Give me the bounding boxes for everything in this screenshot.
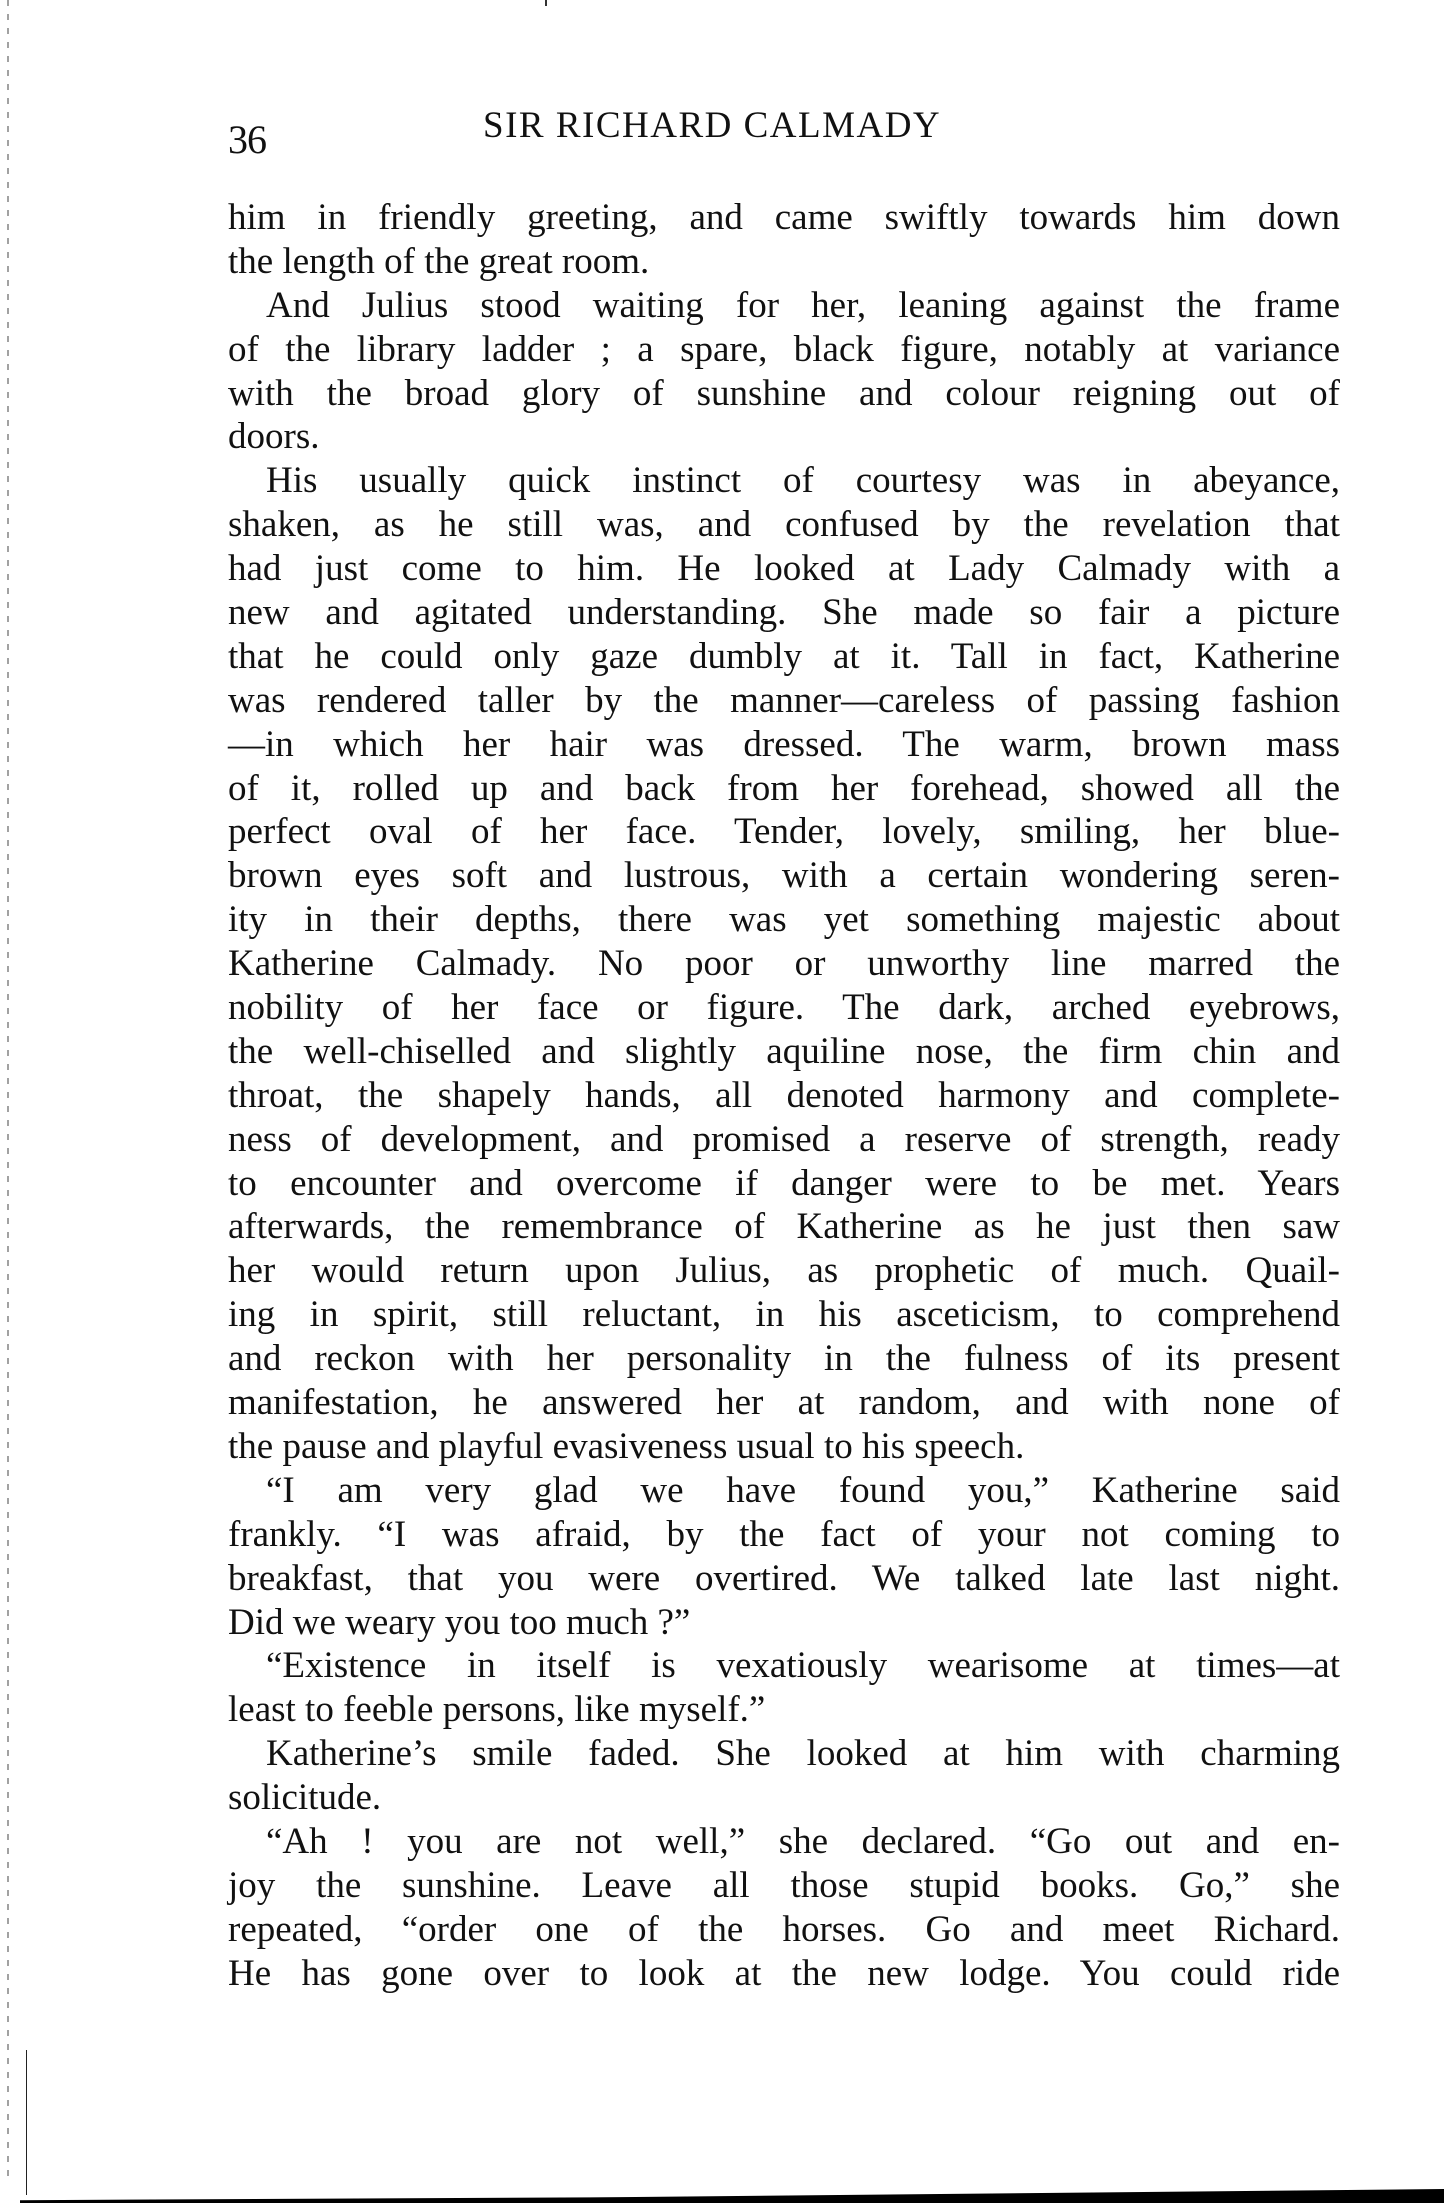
text-line: to encounter and overcome if danger were… [228,1162,1340,1206]
scan-bottom-edge [20,2189,1444,2203]
text-line: “Existence in itself is vexatiously wear… [228,1644,1340,1688]
text-line: ing in spirit, still reluctant, in his a… [228,1293,1340,1337]
running-title: SIR RICHARD CALMADY [483,104,941,147]
text-line: manifestation, he answered her at random… [228,1381,1340,1425]
body-text: him in friendly greeting, and came swift… [228,196,1340,1996]
text-line: least to feeble persons, like myself.” [228,1688,1340,1732]
text-line: her would return upon Julius, as prophet… [228,1249,1340,1293]
text-line: shaken, as he still was, and confused by… [228,503,1340,547]
text-line: breakfast, that you were overtired. We t… [228,1557,1340,1601]
text-line: And Julius stood waiting for her, leanin… [228,284,1340,328]
text-line: frankly. “I was afraid, by the fact of y… [228,1513,1340,1557]
text-line: ness of development, and promised a rese… [228,1118,1340,1162]
scan-margin-line [26,2050,27,2195]
text-line: nobility of her face or figure. The dark… [228,986,1340,1030]
text-line: “Ah ! you are not well,” she declared. “… [228,1820,1340,1864]
text-line: him in friendly greeting, and came swift… [228,196,1340,240]
text-line: with the broad glory of sunshine and col… [228,372,1340,416]
text-line: Katherine’s smile faded. She looked at h… [228,1732,1340,1776]
text-line: the length of the great room. [228,240,1340,284]
text-line: the well-chiselled and slightly aquiline… [228,1030,1340,1074]
text-line: —in which her hair was dressed. The warm… [228,723,1340,767]
text-line: ity in their depths, there was yet somet… [228,898,1340,942]
running-head: 36 SIR RICHARD CALMADY [228,104,1340,164]
text-line: joy the sunshine. Leave all those stupid… [228,1864,1340,1908]
text-line: of the library ladder ; a spare, black f… [228,328,1340,372]
text-line: doors. [228,415,1340,459]
text-line: and reckon with her personality in the f… [228,1337,1340,1381]
text-line: afterwards, the remembrance of Katherine… [228,1205,1340,1249]
text-line: perfect oval of her face. Tender, lovely… [228,810,1340,854]
text-line: Did we weary you too much ?” [228,1601,1340,1645]
text-line: solicitude. [228,1776,1340,1820]
text-line: His usually quick instinct of courtesy w… [228,459,1340,503]
text-line: “I am very glad we have found you,” Kath… [228,1469,1340,1513]
text-line: brown eyes soft and lustrous, with a cer… [228,854,1340,898]
page-number: 36 [228,116,266,163]
text-line: throat, the shapely hands, all denoted h… [228,1074,1340,1118]
text-line: that he could only gaze dumbly at it. Ta… [228,635,1340,679]
scan-margin-artifact [7,0,9,2180]
text-line: repeated, “order one of the horses. Go a… [228,1908,1340,1952]
text-line: new and agitated understanding. She made… [228,591,1340,635]
text-line: the pause and playful evasiveness usual … [228,1425,1340,1469]
text-line: Katherine Calmady. No poor or unworthy l… [228,942,1340,986]
text-line: had just come to him. He looked at Lady … [228,547,1340,591]
scan-top-mark [545,0,547,6]
text-line: of it, rolled up and back from her foreh… [228,767,1340,811]
text-line: He has gone over to look at the new lodg… [228,1952,1340,1996]
text-line: was rendered taller by the manner—carele… [228,679,1340,723]
